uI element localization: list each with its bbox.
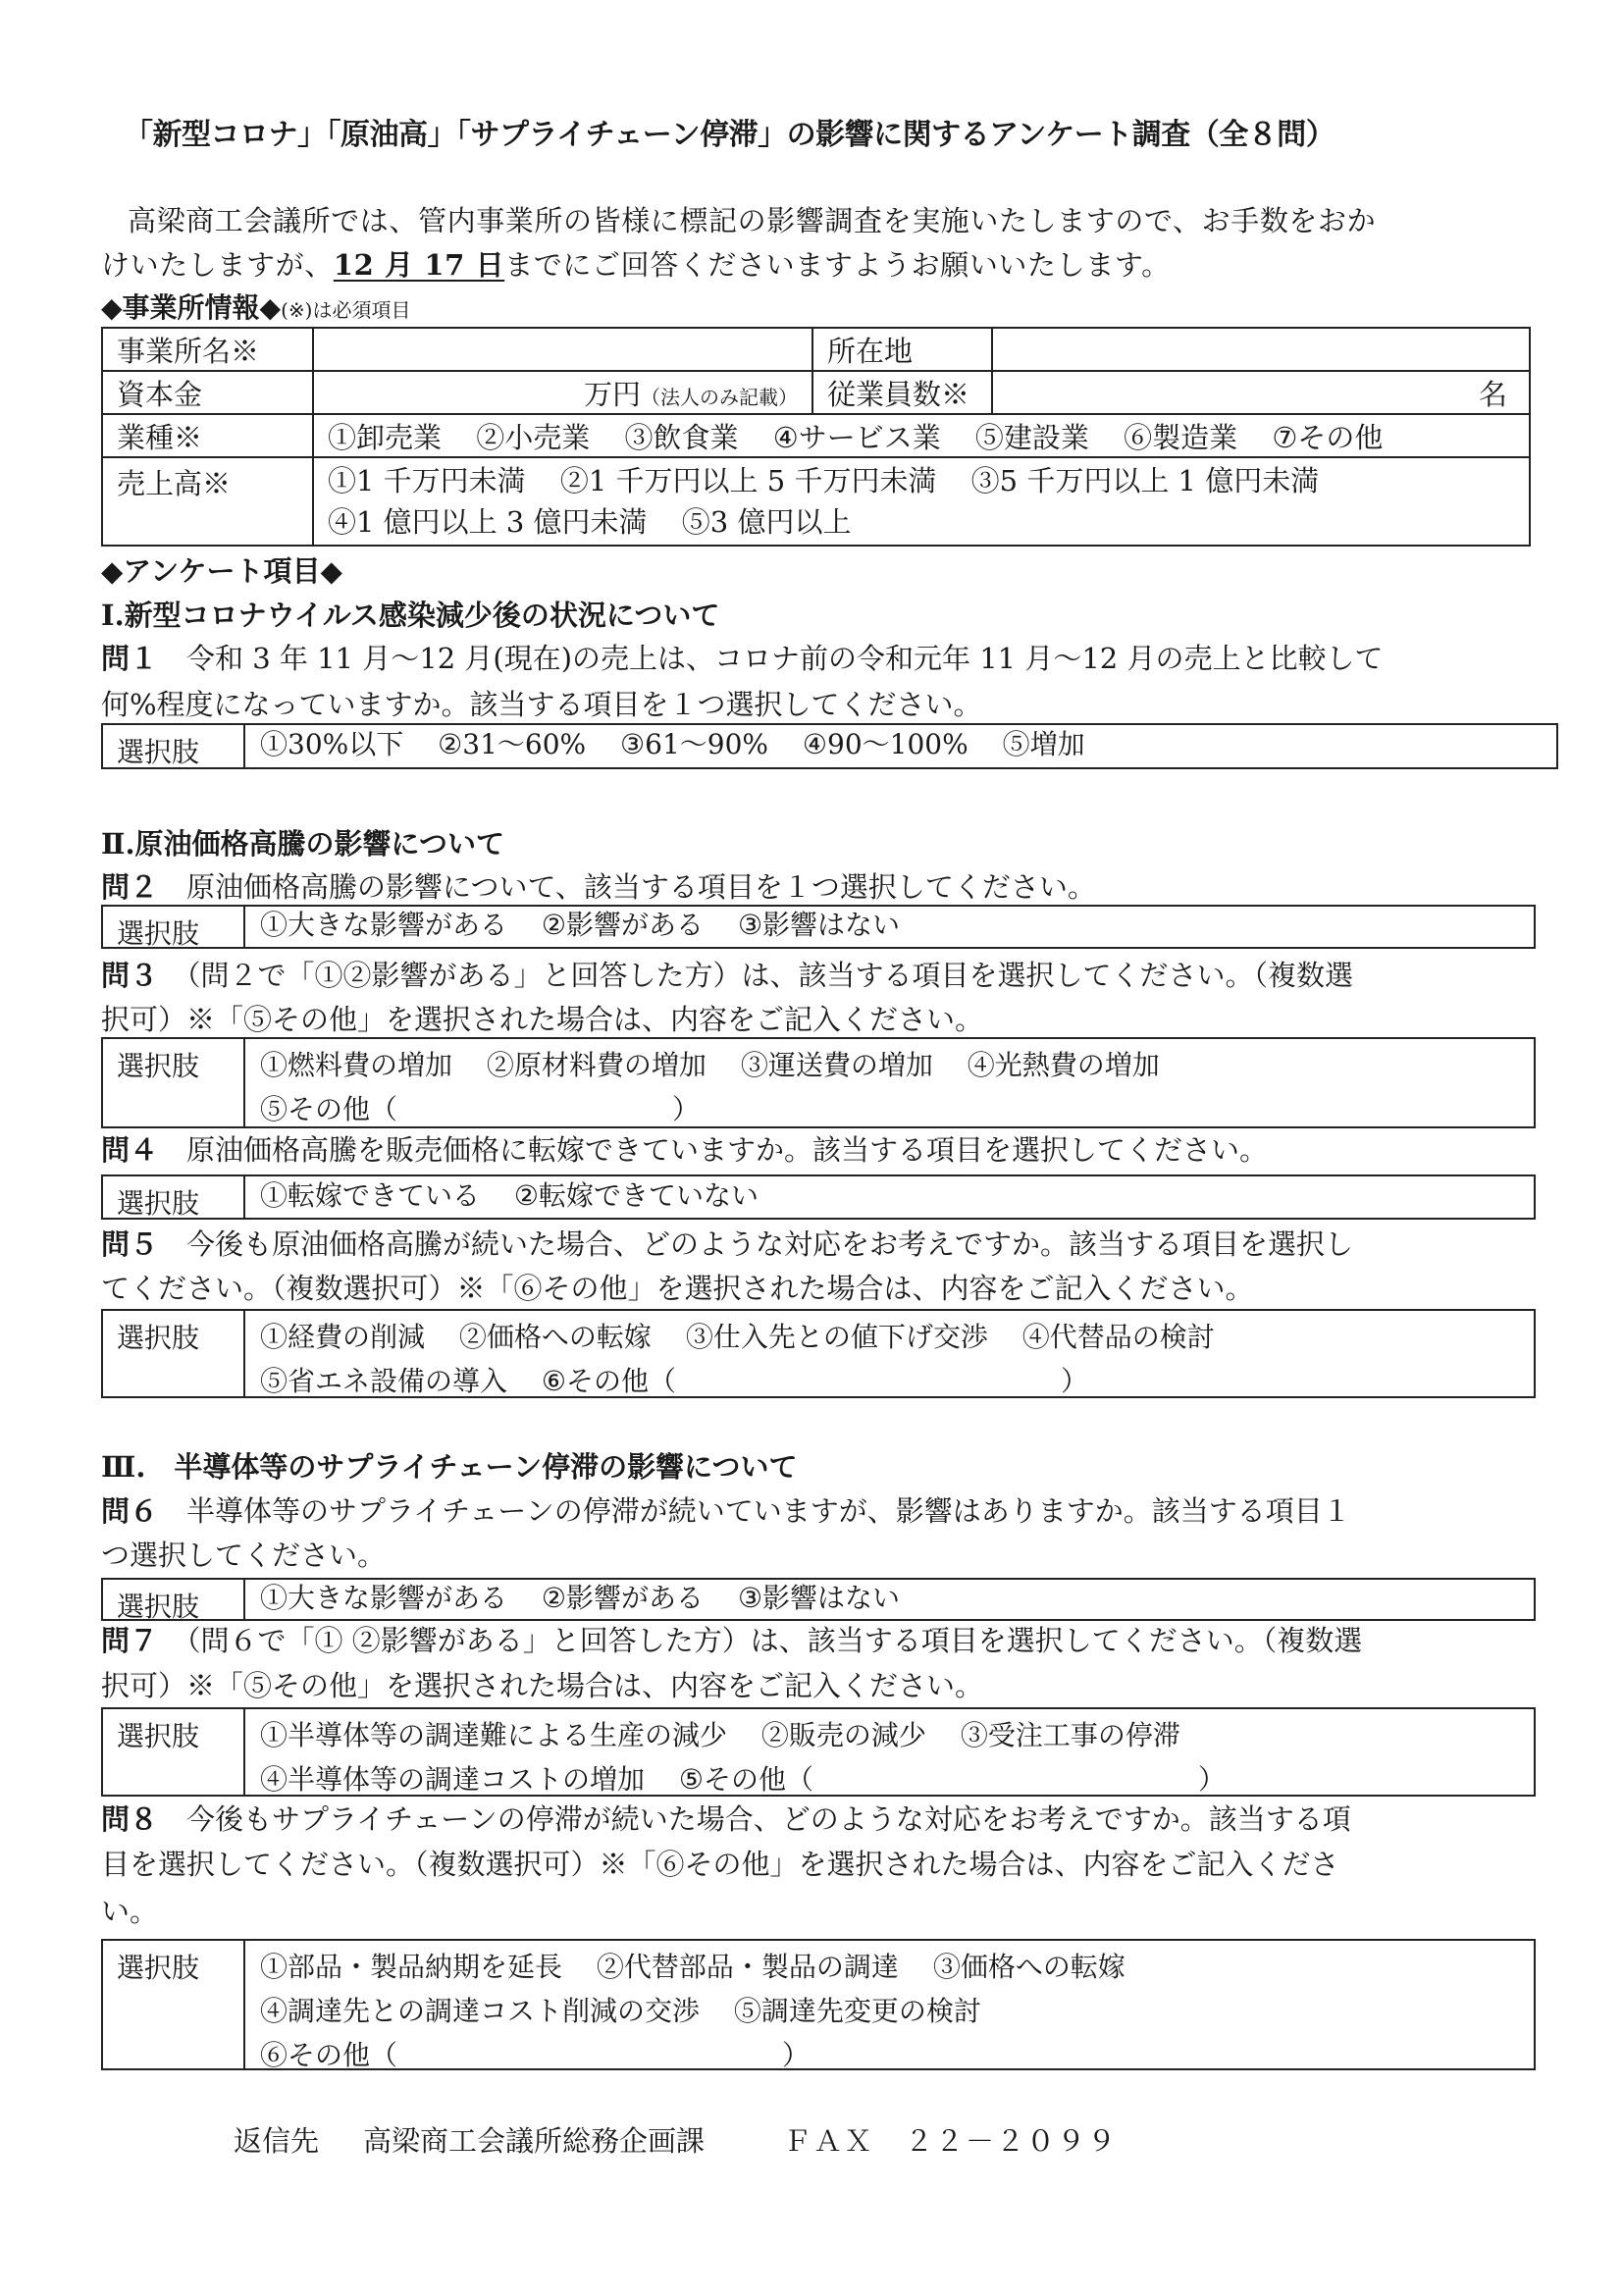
q5-line-1: 問５ 今後も原油価格高騰が続いた場合、どのような対応をお考えですか。該当する項目… — [101, 1227, 1353, 1261]
reply-label: 返信先 — [234, 2124, 319, 2158]
intro-line-2: けいたしますが、12 月 17 日までにご回答くださいますようお願いいたします。 — [101, 243, 1171, 284]
q3-line-2: 択可）※「⑤その他」を選択された場合は、内容をご記入ください。 — [101, 1003, 983, 1036]
sales-option[interactable]: ①1 千万円未満 — [328, 464, 526, 497]
question-number: 問３ — [101, 959, 158, 992]
deadline: 12 月 17 日 — [334, 248, 504, 282]
footer: 返信先高梁商工会議所総務企画課ＦＡＸ ２２－２０９９ — [234, 2124, 1118, 2158]
q4-option[interactable]: ②転嫁できていない — [514, 1179, 759, 1212]
q1-option[interactable]: ②31～60% — [438, 728, 586, 760]
q2-option[interactable]: ①大きな影響がある — [260, 909, 507, 941]
q7-option[interactable]: ④半導体等の調達コストの増加 — [260, 1763, 645, 1796]
q1-option[interactable]: ③61～90% — [620, 728, 768, 760]
field-label: 事業所名※ — [102, 328, 313, 371]
sales-option[interactable]: ④1 億円以上 3 億円未満 — [328, 505, 648, 539]
field-label: 売上高※ — [102, 457, 313, 546]
question-number: 問８ — [101, 1802, 158, 1836]
q1-line-1: 問１ 令和 3 年 11 月～12 月(現在)の売上は、コロナ前の令和元年 11… — [101, 642, 1383, 675]
industry-option[interactable]: ④サービス業 — [773, 421, 941, 454]
industry-option[interactable]: ②小売業 — [476, 421, 590, 454]
employees-unit: 名 — [1479, 378, 1507, 411]
q3-line-1: 問３ （問２で「①②影響がある」と回答した方）は、該当する項目を選択してください… — [101, 959, 1353, 992]
choice-label: 選択肢 — [103, 1311, 245, 1396]
q1-option[interactable]: ①30%以下 — [260, 728, 403, 760]
choice-label: 選択肢 — [103, 1709, 245, 1795]
q3-choices: 選択肢 ①燃料費の増加 ②原材料費の増加 ③運送費の増加 ④光熱費の増加 ⑤その… — [101, 1037, 1536, 1128]
question-text: 原油価格高騰を販売価格に転嫁できていますか。該当する項目を選択してください。 — [186, 1133, 1268, 1167]
q5-line-2: てください。（複数選択可）※「⑥その他」を選択された場合は、内容をご記入ください… — [101, 1272, 1254, 1305]
q3-option-other[interactable]: ⑤その他（ ） — [260, 1093, 700, 1125]
sales-option[interactable]: ③5 千万円以上 1 億円未満 — [971, 464, 1320, 497]
question-number: 問４ — [101, 1133, 158, 1167]
q8-line-3: い。 — [101, 1895, 158, 1928]
capital-note: （法人のみ記載） — [641, 386, 798, 409]
q6-line-1: 問６ 半導体等のサプライチェーンの停滞が続いていますが、影響はありますか。該当す… — [101, 1494, 1351, 1528]
industry-options: ①卸売業 ②小売業 ③飲食業 ④サービス業 ⑤建設業 ⑥製造業 ⑦その他 — [313, 414, 1530, 457]
q6-option[interactable]: ②影響がある — [542, 1582, 704, 1614]
page-title: 「新型コロナ」「原油高」「サプライチェーン停滞」の影響に関するアンケート調査（全… — [124, 110, 1335, 153]
q6-option[interactable]: ③影響はない — [738, 1582, 900, 1614]
capital-unit: 万円 — [584, 378, 641, 411]
q7-line-2: 択可）※「⑤その他」を選択された場合は、内容をご記入ください。 — [101, 1669, 983, 1702]
q8-line-1: 問８ 今後もサプライチェーンの停滞が続いた場合、どのような対応をお考えですか。該… — [101, 1802, 1351, 1836]
choice-label: 選択肢 — [103, 1176, 245, 1218]
industry-option[interactable]: ⑤建設業 — [975, 421, 1089, 454]
intro-text: けいたしますが、 — [101, 248, 334, 282]
q3-option[interactable]: ④光熱費の増加 — [968, 1049, 1160, 1081]
question-number: 問７ — [101, 1624, 158, 1657]
business-name-field[interactable] — [313, 328, 812, 371]
reply-to: 高梁商工会議所総務企画課 — [363, 2124, 705, 2158]
intro-text: までにご回答くださいますようお願いいたします。 — [504, 248, 1170, 282]
q6-option[interactable]: ①大きな影響がある — [260, 1582, 507, 1614]
question-text: 令和 3 年 11 月～12 月(現在)の売上は、コロナ前の令和元年 11 月～… — [186, 642, 1383, 675]
q2-option[interactable]: ②影響がある — [542, 909, 704, 941]
section-heading: ◆事業所情報◆ — [101, 291, 281, 324]
question-text: 今後もサプライチェーンの停滞が続いた場合、どのような対応をお考えですか。該当する… — [186, 1802, 1351, 1836]
choice-label: 選択肢 — [103, 1039, 245, 1126]
question-text: 今後も原油価格高騰が続いた場合、どのような対応をお考えですか。該当する項目を選択… — [186, 1227, 1353, 1261]
q3-option[interactable]: ②原材料費の増加 — [487, 1049, 707, 1081]
q7-option[interactable]: ②販売の減少 — [761, 1719, 926, 1751]
q1-choices: 選択肢 ①30%以下 ②31～60% ③61～90% ④90～100% ⑤増加 — [101, 723, 1558, 769]
q8-option[interactable]: ④調達先との調達コスト削減の交渉 — [260, 1995, 700, 2027]
field-label: 資本金 — [102, 371, 313, 414]
question-text: （問２で「①②影響がある」と回答した方）は、該当する項目を選択してください。（複… — [186, 959, 1353, 992]
q7-choices: 選択肢 ①半導体等の調達難による生産の減少 ②販売の減少 ③受注工事の停滞 ④半… — [101, 1707, 1536, 1797]
q1-line-2: 何%程度になっていますか。該当する項目を１つ選択してください。 — [101, 688, 982, 721]
choice-label: 選択肢 — [103, 907, 245, 947]
q8-option[interactable]: ②代替部品・製品の調達 — [597, 1951, 899, 1983]
q6-choices: 選択肢 ①大きな影響がある ②影響がある ③影響はない — [101, 1578, 1536, 1621]
q8-option[interactable]: ③価格への転嫁 — [933, 1951, 1126, 1983]
q8-line-2: 目を選択してください。（複数選択可）※「⑥その他」を選択された場合は、内容をご記… — [101, 1848, 1339, 1881]
question-number: 問５ — [101, 1227, 158, 1261]
q2-line-1: 問２ 原油価格高騰の影響について、該当する項目を１つ選択してください。 — [101, 870, 1096, 904]
q5-option-other[interactable]: ⑥その他（ ） — [542, 1365, 1088, 1397]
choice-label: 選択肢 — [103, 1580, 245, 1619]
industry-option[interactable]: ①卸売業 — [328, 421, 442, 454]
intro-line-1: 高梁商工会議所では、管内事業所の皆様に標記の影響調査を実施いたしますので、お手数… — [128, 199, 1376, 239]
location-field[interactable] — [992, 328, 1530, 371]
question-number: 問２ — [101, 870, 158, 904]
q4-choices: 選択肢 ①転嫁できている ②転嫁できていない — [101, 1174, 1536, 1220]
sales-options: ①1 千万円未満 ②1 千万円以上 5 千万円未満 ③5 千万円以上 1 億円未… — [313, 457, 1530, 546]
question-number: 問１ — [101, 642, 158, 675]
q6-line-2: つ選択してください。 — [101, 1539, 386, 1572]
sales-option[interactable]: ②1 千万円以上 5 千万円未満 — [560, 464, 937, 497]
q8-option[interactable]: ①部品・製品納期を延長 — [260, 1951, 562, 1983]
section-1-heading: Ⅰ.新型コロナウイルス感染減少後の状況について — [101, 599, 719, 632]
industry-option[interactable]: ③飲食業 — [624, 421, 738, 454]
q7-option[interactable]: ③受注工事の停滞 — [961, 1719, 1180, 1751]
choice-label: 選択肢 — [103, 1941, 245, 2068]
field-label: 業種※ — [102, 414, 313, 457]
industry-option[interactable]: ⑦その他 — [1272, 421, 1383, 454]
question-text: 半導体等のサプライチェーンの停滞が続いていますが、影響はありますか。該当する項目… — [186, 1494, 1351, 1528]
q4-option[interactable]: ①転嫁できている — [260, 1179, 480, 1212]
question-text: 原油価格高騰の影響について、該当する項目を１つ選択してください。 — [186, 870, 1096, 904]
fax-number: ＦＡＸ ２２－２０９９ — [783, 2124, 1118, 2158]
q3-option[interactable]: ①燃料費の増加 — [260, 1049, 452, 1081]
field-label: 従業員数※ — [812, 371, 992, 414]
business-info-table: 事業所名※ 所在地 資本金 万円（法人のみ記載） 従業員数※ 名 業種※ ①卸売… — [101, 327, 1531, 547]
q7-option[interactable]: ①半導体等の調達難による生産の減少 — [260, 1719, 727, 1751]
required-note: (※)は必須項目 — [281, 298, 410, 322]
q5-option[interactable]: ④代替品の検討 — [1022, 1321, 1215, 1353]
q7-line-1: 問７ （問６で「① ②影響がある」と回答した方）は、該当する項目を選択してくださ… — [101, 1624, 1362, 1657]
business-info-heading: ◆事業所情報◆(※)は必須項目 — [101, 290, 410, 327]
industry-option[interactable]: ⑥製造業 — [1124, 421, 1237, 454]
q5-option[interactable]: ⑤省エネ設備の導入 — [260, 1365, 507, 1397]
question-number: 問６ — [101, 1494, 158, 1528]
q8-choices: 選択肢 ①部品・製品納期を延長 ②代替部品・製品の調達 ③価格への転嫁 ④調達先… — [101, 1939, 1536, 2070]
q2-option[interactable]: ③影響はない — [738, 909, 900, 941]
section-3-heading: Ⅲ. 半導体等のサプライチェーン停滞の影響について — [101, 1450, 798, 1484]
q4-line-1: 問４ 原油価格高騰を販売価格に転嫁できていますか。該当する項目を選択してください… — [101, 1133, 1268, 1167]
q5-option[interactable]: ②価格への転嫁 — [459, 1321, 652, 1353]
q3-option[interactable]: ③運送費の増加 — [741, 1049, 933, 1081]
sales-option[interactable]: ⑤3 億円以上 — [682, 505, 852, 539]
q8-option-other[interactable]: ⑥その他（ ） — [260, 2039, 810, 2071]
question-text: （問６で「① ②影響がある」と回答した方）は、該当する項目を選択してください。（… — [186, 1624, 1362, 1657]
q8-option[interactable]: ⑤調達先変更の検討 — [734, 1995, 981, 2027]
q5-option[interactable]: ①経費の削減 — [260, 1321, 425, 1353]
q5-choices: 選択肢 ①経費の削減 ②価格への転嫁 ③仕入先との値下げ交渉 ④代替品の検討 ⑤… — [101, 1309, 1536, 1398]
field-label: 所在地 — [812, 328, 992, 371]
section-2-heading: Ⅱ.原油価格高騰の影響について — [101, 827, 504, 861]
capital-field[interactable]: 万円（法人のみ記載） — [313, 371, 812, 414]
employees-field[interactable]: 名 — [992, 371, 1530, 414]
q2-choices: 選択肢 ①大きな影響がある ②影響がある ③影響はない — [101, 905, 1536, 949]
survey-heading: ◆アンケート項目◆ — [101, 554, 342, 588]
q1-option[interactable]: ⑤増加 — [1003, 728, 1085, 760]
q5-option[interactable]: ③仕入先との値下げ交渉 — [686, 1321, 988, 1353]
q1-option[interactable]: ④90～100% — [803, 728, 969, 760]
choice-label: 選択肢 — [103, 725, 245, 767]
q7-option-other[interactable]: ⑤その他（ ） — [679, 1763, 1226, 1796]
